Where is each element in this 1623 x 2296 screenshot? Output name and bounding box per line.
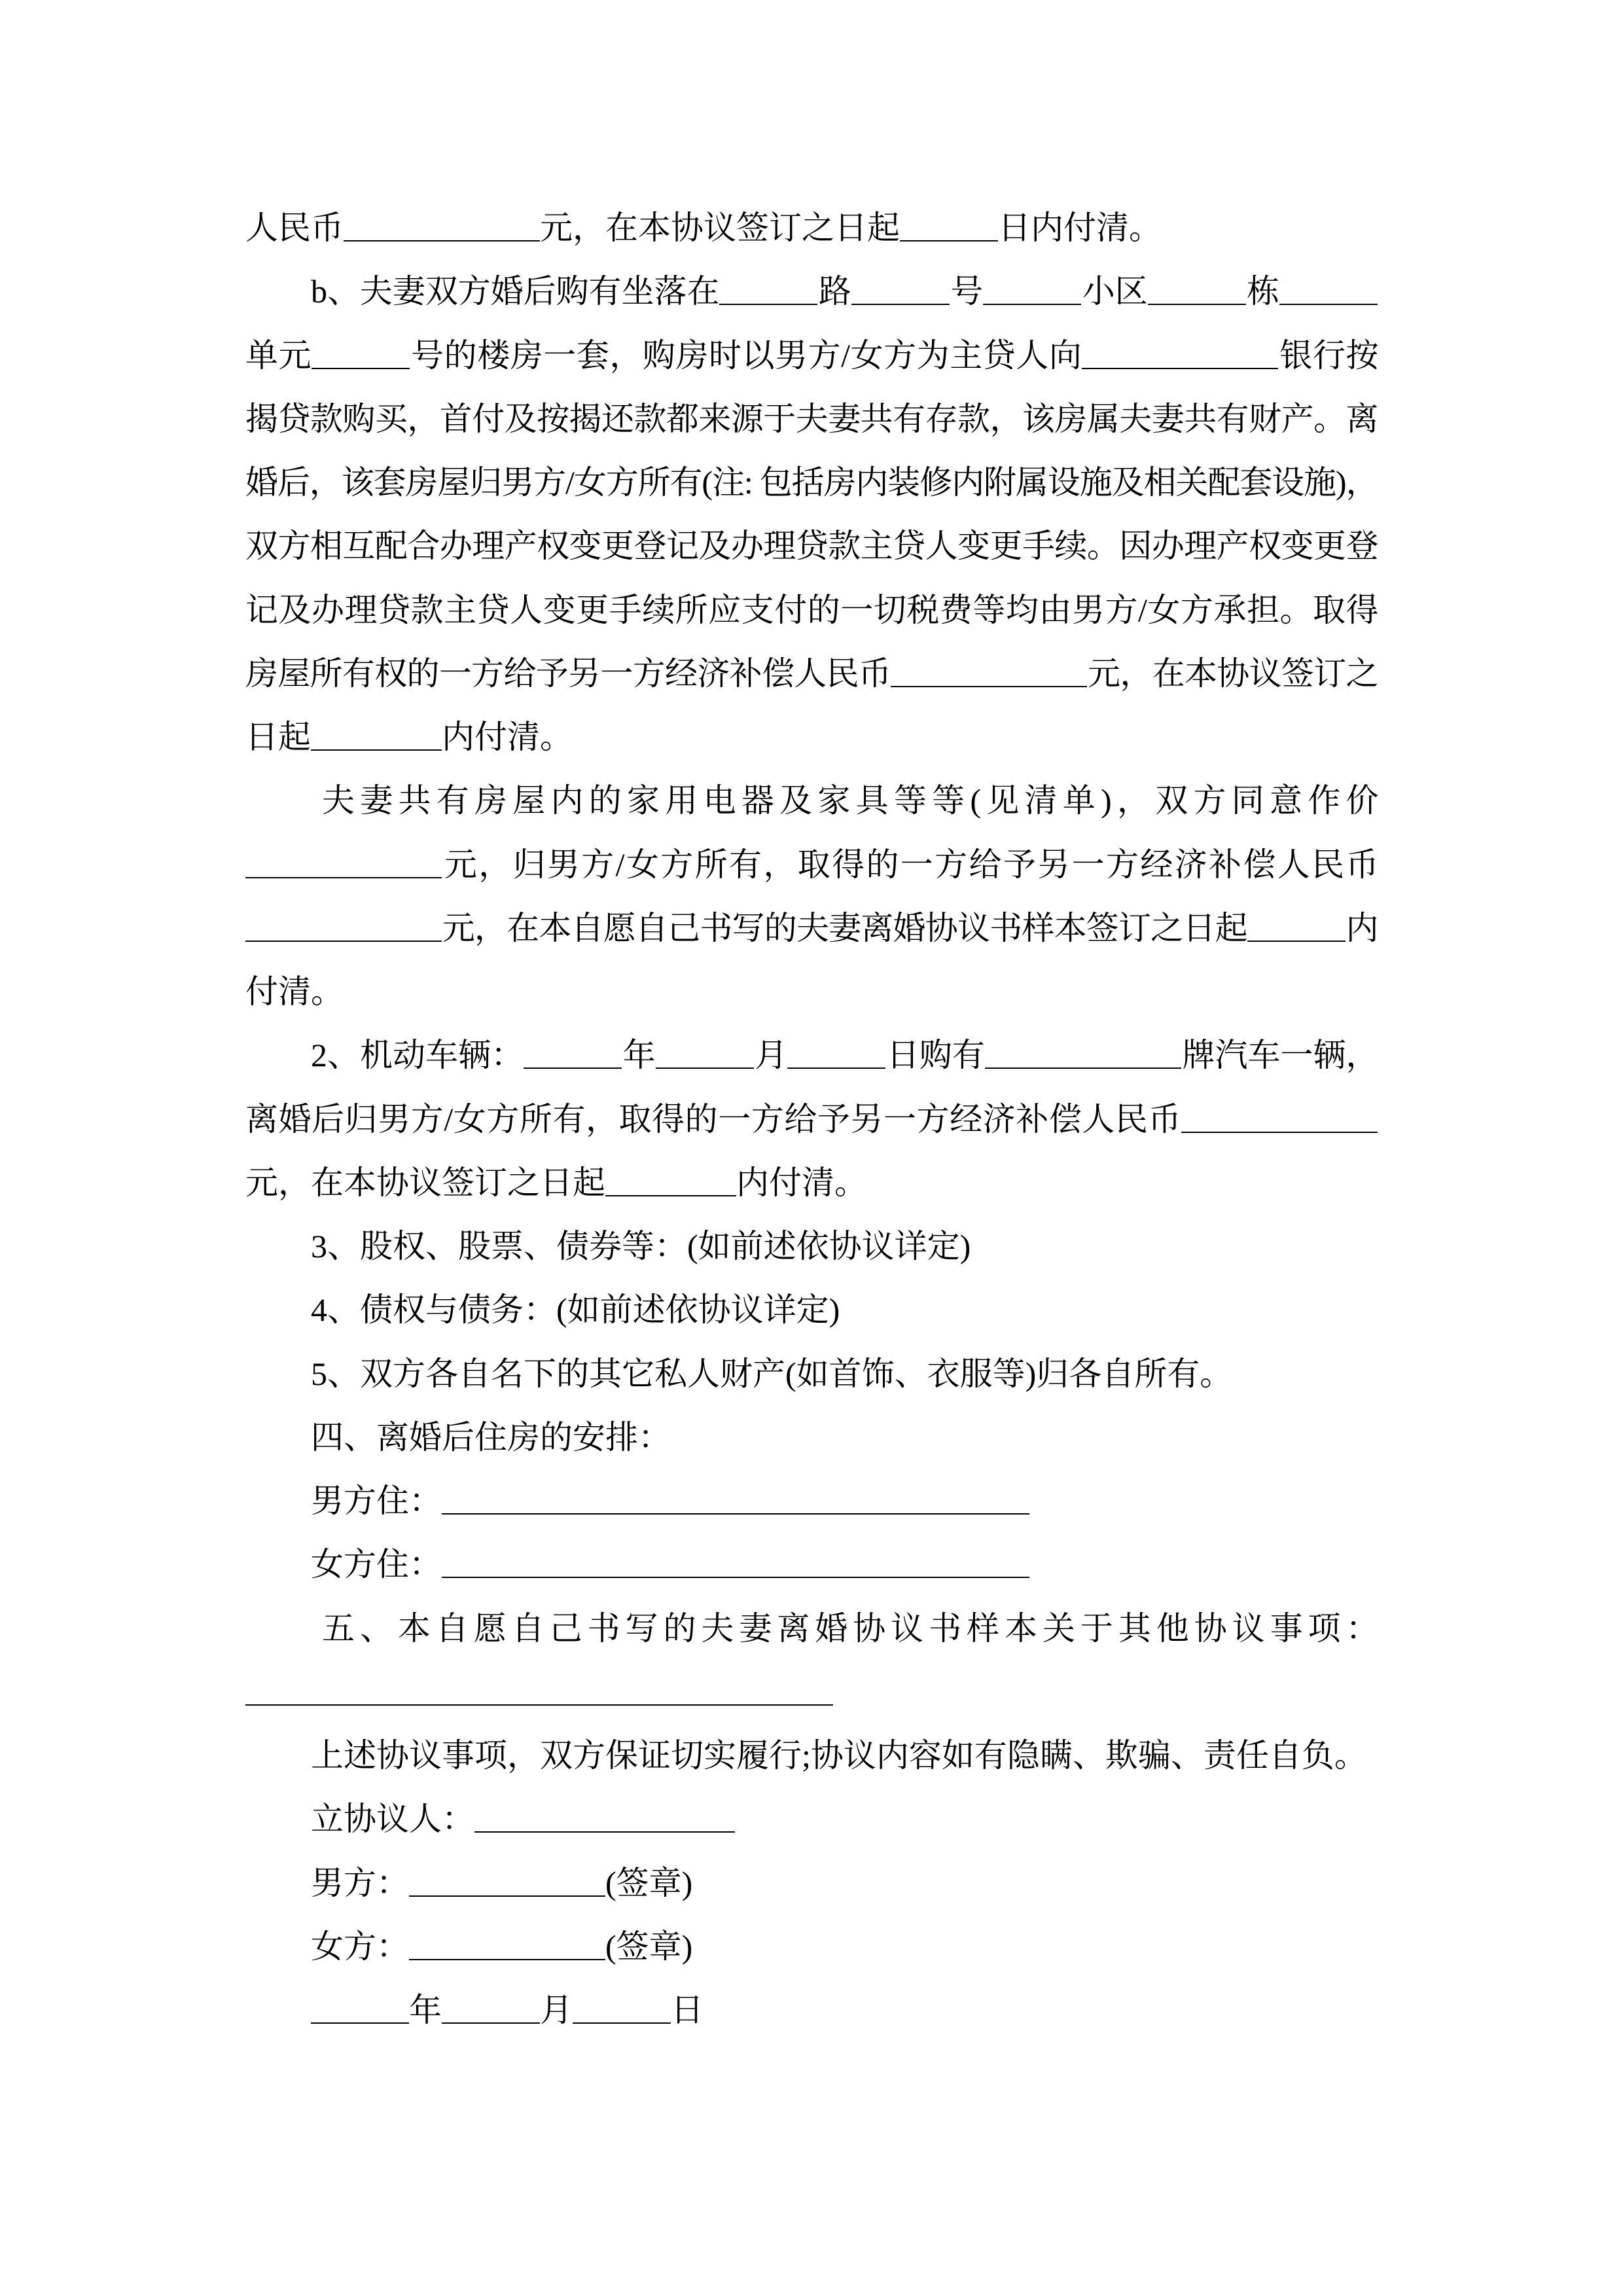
- line-text: 双方相互配合办理产权变更登记及办理贷款主贷人变更手续。因办理产权变更登: [245, 528, 1378, 564]
- document-line: 双方相互配合办理产权变更登记及办理贷款主贷人变更手续。因办理产权变更登: [245, 514, 1378, 578]
- document-line: 单元号的楼房一套，购房时以男方/女方为主贷人向银行按: [245, 324, 1378, 387]
- building-blank: [1148, 304, 1246, 305]
- document-line: 4、债权与债务：(如前述依协议详定): [245, 1278, 1378, 1342]
- document-line: 男方：(签章): [245, 1852, 1378, 1915]
- document-line: 上述协议事项，双方保证切实履行;协议内容如有隐瞒、欺骗、责任自负。: [245, 1724, 1378, 1787]
- line-text: 付清。: [245, 973, 344, 1010]
- document-line: 人民币元，在本协议签订之日起日内付清。: [245, 196, 1378, 260]
- line-text: 元，在本自愿自己书写的夫妻离婚协议书样本签订之日起: [442, 910, 1247, 946]
- document-line: [245, 1660, 1378, 1724]
- section-other-matters: 五、本自愿自己书写的夫妻离婚协议书样本关于其他协议事项：: [245, 1597, 1378, 1725]
- document-line: 元，在本协议签订之日起内付清。: [245, 1151, 1378, 1215]
- paragraph-stocks-bonds: 3、股权、股票、债券等：(如前述依协议详定): [245, 1215, 1378, 1278]
- days-blank: [605, 1195, 736, 1196]
- document-body: 人民币元，在本协议签订之日起日内付清。 b、夫妻双方婚后购有坐落在路号小区栋 单…: [245, 196, 1378, 2042]
- document-line: 2、机动车辆：年月日购有牌汽车一辆，: [245, 1024, 1378, 1087]
- field-label: 女方住：: [311, 1546, 442, 1583]
- other-matters-blank: [245, 1704, 833, 1706]
- document-line: 5、双方各自名下的其它私人财产(如首饰、衣服等)归各自所有。: [245, 1342, 1378, 1406]
- days-blank: [311, 749, 442, 751]
- section-heading: 四、离婚后住房的安排：: [245, 1406, 1378, 1469]
- agreement-party-blank: [474, 1831, 735, 1833]
- section-heading: 五、本自愿自己书写的夫妻离婚协议书样本关于其他协议事项：: [245, 1597, 1378, 1660]
- paragraph-motor-vehicle: 2、机动车辆：年月日购有牌汽车一辆， 离婚后归男方/女方所有，取得的一方给予另一…: [245, 1024, 1378, 1215]
- day-blank: [787, 1067, 885, 1069]
- document-line: 元，归男方/女方所有，取得的一方给予另一方经济补偿人民币: [245, 833, 1378, 897]
- day-blank: [573, 2022, 671, 2024]
- line-text: 内付清。: [442, 719, 573, 755]
- compensation-amount-blank: [891, 686, 1087, 687]
- document-line: 女方住：: [245, 1533, 1378, 1596]
- line-text: 婚后，该套房屋归男方/女方所有(注: 包括房内装修内附属设施及相关配套设施)，: [245, 464, 1378, 501]
- document-line: 婚后，该套房屋归男方/女方所有(注: 包括房内装修内附属设施及相关配套设施)，: [245, 451, 1378, 514]
- line-text: 牌汽车一辆，: [1181, 1037, 1378, 1073]
- field-label: 立协议人：: [311, 1801, 474, 1837]
- valuation-blank: [245, 877, 442, 878]
- line-text: 人民币: [245, 209, 344, 246]
- line-text: 元，在本协议签订之日起: [245, 1164, 605, 1201]
- line-text: 记及办理贷款主贷人变更手续所应支付的一切税费等均由男方/女方承担。取得: [245, 592, 1378, 628]
- field-label: 男方：: [311, 1865, 409, 1901]
- days-blank: [900, 240, 998, 242]
- compensation-amount-blank: [245, 941, 442, 942]
- paragraph-credits-debts: 4、债权与债务：(如前述依协议详定): [245, 1278, 1378, 1342]
- month-blank: [442, 2022, 540, 2024]
- unit-blank: [1279, 304, 1378, 305]
- document-page: 人民币元，在本协议签订之日起日内付清。 b、夫妻双方婚后购有坐落在路号小区栋 单…: [0, 0, 1623, 2296]
- line-text: 3、股权、股票、债券等：(如前述依协议详定): [311, 1228, 971, 1265]
- male-residence-blank: [442, 1513, 1029, 1515]
- line-text: 揭贷款购买，首付及按揭还款都来源于夫妻共有存款，该房属夫妻共有财产。离: [245, 401, 1378, 437]
- line-text: 元，在本协议签订之: [1087, 655, 1378, 692]
- line-text: 号: [950, 273, 983, 310]
- seal-note: (签章): [605, 1928, 692, 1965]
- document-line: 元，在本自愿自己书写的夫妻离婚协议书样本签订之日起内: [245, 897, 1378, 960]
- line-text: 元，在本协议签订之日起: [540, 209, 900, 246]
- document-line: 付清。: [245, 960, 1378, 1024]
- line-text: 单元: [245, 337, 312, 374]
- document-line: 房屋所有权的一方给予另一方经济补偿人民币元，在本协议签订之: [245, 642, 1378, 706]
- car-brand-blank: [985, 1067, 1181, 1069]
- line-text: 月: [754, 1037, 788, 1073]
- document-line: 3、股权、股票、债券等：(如前述依协议详定): [245, 1215, 1378, 1278]
- room-number-blank: [312, 368, 410, 369]
- line-text: 2、机动车辆：: [311, 1037, 524, 1073]
- female-residence-blank: [442, 1577, 1029, 1578]
- document-line: b、夫妻双方婚后购有坐落在路号小区栋: [245, 260, 1378, 323]
- line-text: 路: [817, 273, 851, 310]
- document-line: 立协议人：: [245, 1787, 1378, 1851]
- line-text: 夫妻共有房屋内的家用电器及家具等等(见清单)，双方同意作价: [322, 782, 1378, 819]
- line-text: 银行按: [1278, 337, 1378, 374]
- female-signature-blank: [409, 1959, 605, 1960]
- line-text: 5、双方各自名下的其它私人财产(如首饰、衣服等)归各自所有。: [311, 1355, 1232, 1392]
- year-blank: [524, 1067, 622, 1069]
- line-text: 日购有: [885, 1037, 985, 1073]
- document-line: 男方住：: [245, 1469, 1378, 1533]
- road-blank: [719, 304, 817, 305]
- line-text: 房屋所有权的一方给予另一方经济补偿人民币: [245, 655, 891, 692]
- document-line: 夫妻共有房屋内的家用电器及家具等等(见清单)，双方同意作价: [245, 769, 1378, 833]
- date-line: 年月日: [245, 1979, 1378, 2042]
- document-line: 记及办理贷款主贷人变更手续所应支付的一切税费等均由男方/女方承担。取得: [245, 579, 1378, 642]
- line-text: 日起: [245, 719, 311, 755]
- line-text: 栋: [1246, 273, 1279, 310]
- date-unit: 月: [540, 1992, 573, 2028]
- date-unit: 日: [671, 1992, 704, 2028]
- field-label: 男方住：: [311, 1482, 442, 1519]
- community-blank: [983, 304, 1081, 305]
- seal-note: (签章): [605, 1865, 692, 1901]
- document-line: 离婚后归男方/女方所有，取得的一方给予另一方经济补偿人民币: [245, 1088, 1378, 1151]
- document-line: 日起内付清。: [245, 706, 1378, 769]
- document-line: 揭贷款购买，首付及按揭还款都来源于夫妻共有存款，该房属夫妻共有财产。离: [245, 387, 1378, 451]
- line-text: b、夫妻双方婚后购有坐落在: [311, 273, 719, 310]
- line-text: 日内付清。: [998, 209, 1162, 246]
- paragraph-guarantee: 上述协议事项，双方保证切实履行;协议内容如有隐瞒、欺骗、责任自负。: [245, 1724, 1378, 1787]
- line-text: 内付清。: [736, 1164, 867, 1201]
- paragraph-house-b: b、夫妻双方婚后购有坐落在路号小区栋 单元号的楼房一套，购房时以男方/女方为主贷…: [245, 260, 1378, 769]
- compensation-amount-blank: [1181, 1132, 1378, 1133]
- section-housing-arrangement: 四、离婚后住房的安排： 男方住： 女方住：: [245, 1406, 1378, 1597]
- bank-blank: [1082, 368, 1278, 369]
- line-text: 元，归男方/女方所有，取得的一方给予另一方经济补偿人民币: [442, 846, 1378, 883]
- section-signatures: 立协议人： 男方：(签章) 女方：(签章) 年月日: [245, 1787, 1378, 2042]
- line-text: 4、债权与债务：(如前述依协议详定): [311, 1291, 840, 1328]
- paragraph-furniture-appliances: 夫妻共有房屋内的家用电器及家具等等(见清单)，双方同意作价 元，归男方/女方所有…: [245, 769, 1378, 1024]
- line-text: 离婚后归男方/女方所有，取得的一方给予另一方经济补偿人民币: [245, 1101, 1181, 1138]
- line-text: 小区: [1081, 273, 1147, 310]
- paragraph-personal-property: 5、双方各自名下的其它私人财产(如首饰、衣服等)归各自所有。: [245, 1342, 1378, 1406]
- days-blank: [1247, 941, 1346, 942]
- line-text: 号的楼房一套，购房时以男方/女方为主贷人向: [410, 337, 1082, 374]
- number-blank: [851, 304, 950, 305]
- date-unit: 年: [409, 1992, 442, 2028]
- amount-blank: [344, 240, 540, 242]
- line-text: 内: [1346, 910, 1378, 946]
- year-blank: [311, 2022, 409, 2024]
- line-text: 五、本自愿自己书写的夫妻离婚协议书样本关于其他协议事项：: [322, 1610, 1378, 1647]
- document-line: 女方：(签章): [245, 1915, 1378, 1979]
- line-text: 上述协议事项，双方保证切实履行;协议内容如有隐瞒、欺骗、责任自负。: [311, 1737, 1367, 1774]
- line-text: 四、离婚后住房的安排：: [311, 1419, 671, 1456]
- male-signature-blank: [409, 1895, 605, 1897]
- field-label: 女方：: [311, 1928, 409, 1965]
- paragraph-house-a-payment: 人民币元，在本协议签订之日起日内付清。: [245, 196, 1378, 260]
- month-blank: [656, 1067, 754, 1069]
- line-text: 年: [622, 1037, 656, 1073]
